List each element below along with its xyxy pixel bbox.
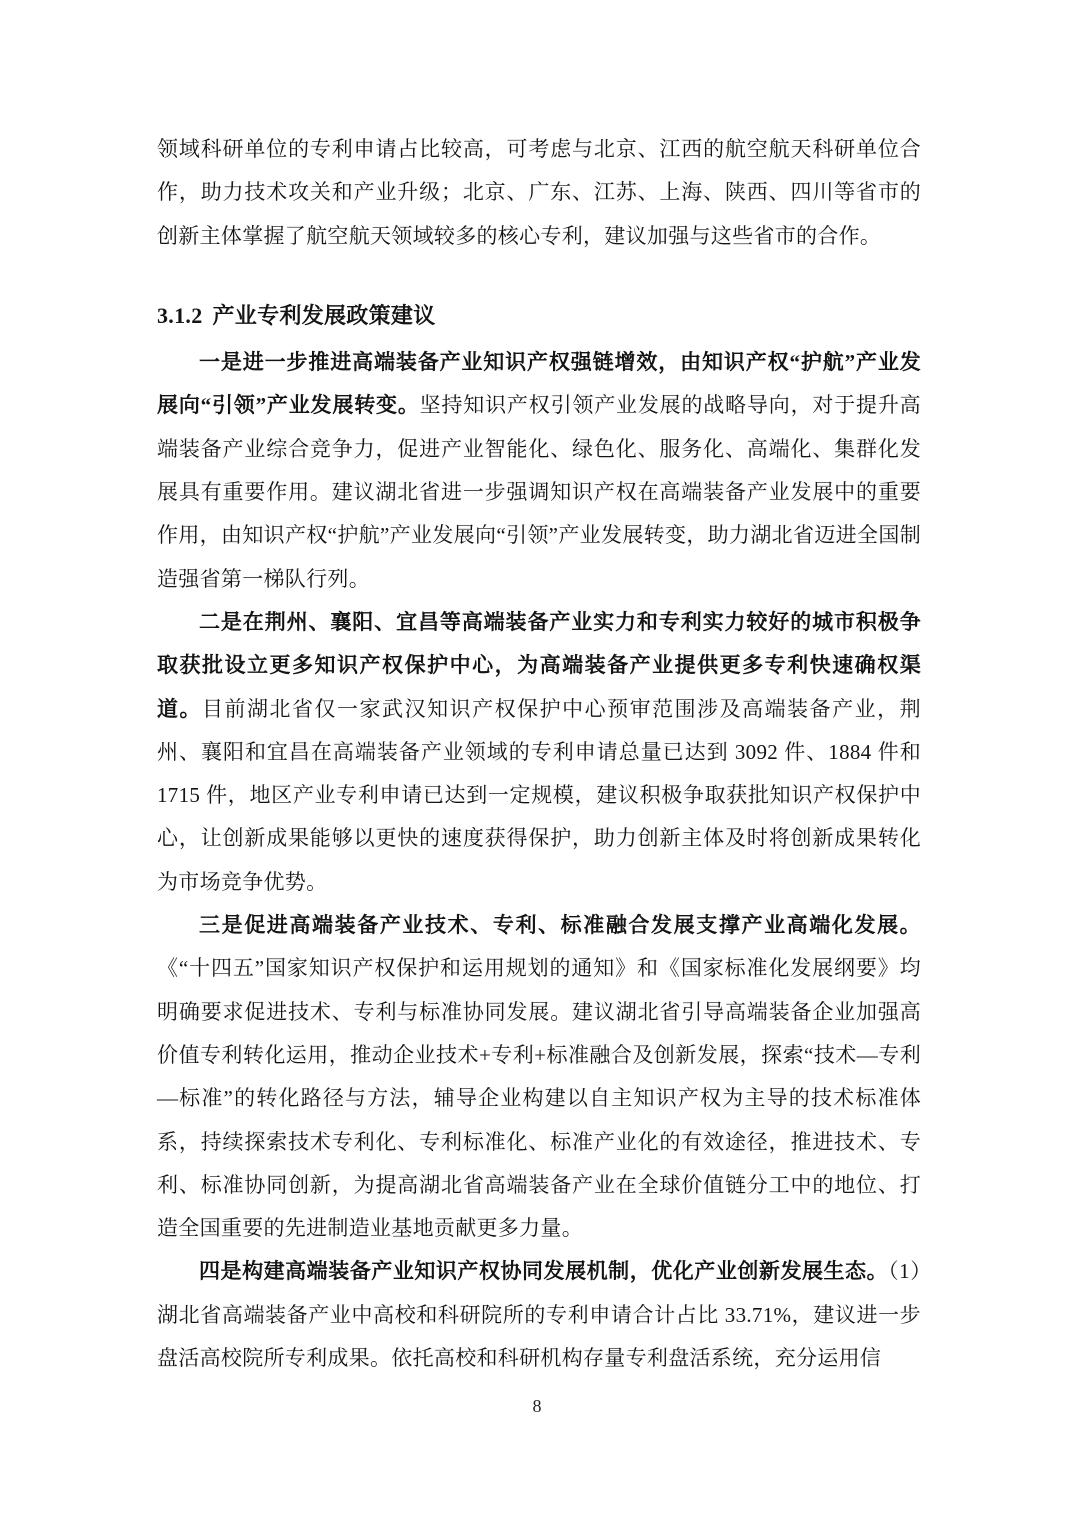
section-heading-title: 产业专利发展政策建议 xyxy=(213,303,436,328)
section-heading-number: 3.1.2 xyxy=(157,303,203,328)
policy-paragraph-3-lead: 三是促进高端装备产业技术、专利、标准融合发展支撑产业高端化发展。 xyxy=(199,913,921,937)
document-page: 领域科研单位的专利申请占比较高，可考虑与北京、江西的航空航天科研单位合作，助力技… xyxy=(0,0,1074,1520)
policy-paragraph-2: 二是在荆州、襄阳、宜昌等高端装备产业实力和专利实力较好的城市积极争取获批设立更多… xyxy=(157,601,921,904)
page-footer: 8 xyxy=(0,1396,1074,1417)
policy-paragraph-1-body: 坚持知识产权引领产业发展的战略导向，对于提升高端装备产业综合竞争力，促进产业智能… xyxy=(157,393,921,590)
policy-paragraph-4-lead: 四是构建高端装备产业知识产权协同发展机制，优化产业创新发展生态。 xyxy=(199,1259,888,1283)
policy-paragraph-3-body: 《“十四五”国家知识产权保护和运用规划的通知》和《国家标准化发展纲要》均明确要求… xyxy=(157,956,921,1240)
policy-paragraph-1: 一是进一步推进高端装备产业知识产权强链增效，由知识产权“护航”产业发展向“引领”… xyxy=(157,341,921,601)
page-number: 8 xyxy=(533,1396,542,1416)
policy-paragraph-2-body: 目前湖北省仅一家武汉知识产权保护中心预审范围涉及高端装备产业，荆州、襄阳和宜昌在… xyxy=(157,697,921,894)
intro-paragraph: 领域科研单位的专利申请占比较高，可考虑与北京、江西的航空航天科研单位合作，助力技… xyxy=(157,128,921,258)
policy-paragraph-3: 三是促进高端装备产业技术、专利、标准融合发展支撑产业高端化发展。《“十四五”国家… xyxy=(157,904,921,1250)
policy-paragraph-4: 四是构建高端装备产业知识产权协同发展机制，优化产业创新发展生态。（1）湖北省高端… xyxy=(157,1250,921,1380)
section-heading: 3.1.2产业专利发展政策建议 xyxy=(157,294,921,337)
intro-paragraph-text: 领域科研单位的专利申请占比较高，可考虑与北京、江西的航空航天科研单位合作，助力技… xyxy=(157,137,921,248)
page-body: 领域科研单位的专利申请占比较高，可考虑与北京、江西的航空航天科研单位合作，助力技… xyxy=(157,128,921,1380)
